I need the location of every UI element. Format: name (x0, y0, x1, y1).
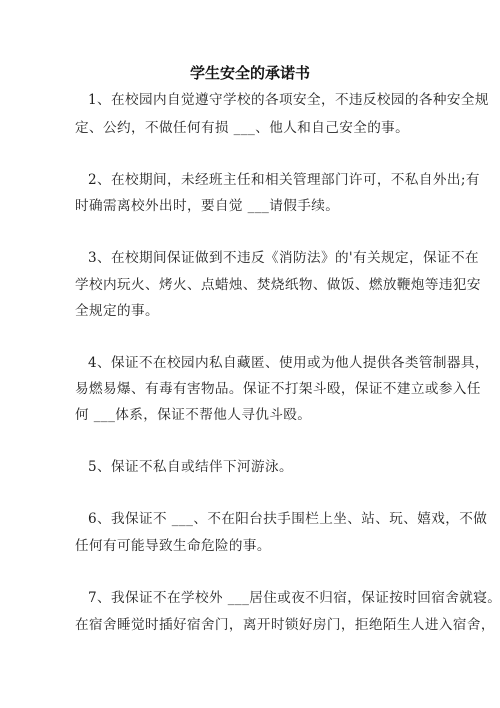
paragraph-line: 全规定的事。 (75, 302, 435, 320)
paragraph-line: 1、在校园内自觉遵守学校的各项安全，不违反校园的各种安全规 (88, 91, 448, 109)
paragraph-line: 6、我保证不 ___、不在阳台扶手围栏上坐、站、玩、嬉戏，不做 (88, 510, 448, 528)
paragraph-line: 定、公约，不做任何有损 ___、他人和自己安全的事。 (75, 119, 435, 137)
paragraph-line: 7、我保证不在学校外 ___居住或夜不归宿，保证按时回宿舍就寝。 (88, 589, 448, 607)
paragraph-line: 易燃易爆、有毒有害物品。保证不打架斗殴，保证不建立或参入任 (75, 380, 435, 398)
paragraph-line: 在宿舍睡觉时插好宿舍门，离开时锁好房门，拒绝陌生人进入宿舍， (75, 616, 435, 634)
paragraph-line: 何 ___体系，保证不帮他人寻仇斗殴。 (75, 406, 435, 424)
paragraph-line: 时确需离校外出时，要自觉 ___请假手续。 (75, 197, 435, 215)
paragraph-line: 任何有可能导致生命危险的事。 (75, 537, 435, 555)
document-title: 学生安全的承诺书 (0, 63, 500, 83)
paragraph-line: 5、保证不私自或结伴下河游泳。 (88, 458, 448, 476)
paragraph-line: 4、保证不在校园内私自藏匿、使用或为他人提供各类管制器具， (88, 354, 448, 372)
paragraph-line: 3、在校期间保证做到不违反《消防法》的'有关规定，保证不在 (88, 249, 448, 267)
paragraph-line: 2、在校期间，未经班主任和相关管理部门许可，不私自外出;有 (88, 171, 448, 189)
paragraph-line: 学校内玩火、烤火、点蜡烛、焚烧纸物、做饭、燃放鞭炮等违犯安 (75, 276, 435, 294)
